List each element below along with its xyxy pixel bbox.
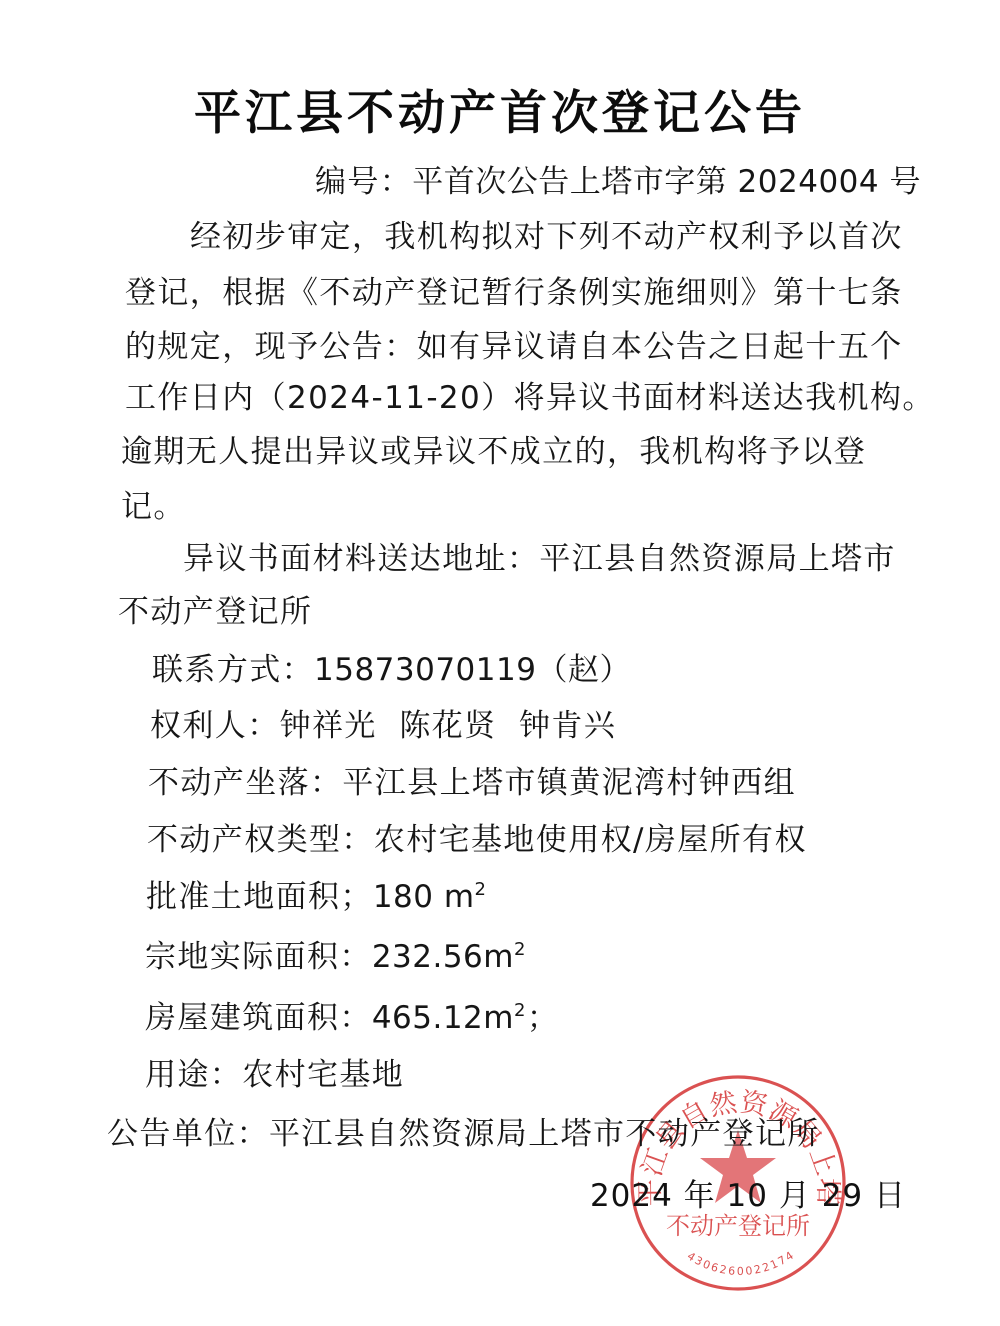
issuer-value: 平江县自然资源局上塔市不动产登记所 — [269, 1116, 820, 1152]
announcement-page: 平江县不动产首次登记公告 编号：平首次公告上塔市字第 2024004 号 经初步… — [0, 0, 1000, 1326]
body-line-3: 的规定，现予公告：如有异议请自本公告之日起十五个 — [125, 327, 903, 367]
superscript-2: 2 — [514, 1000, 527, 1021]
superscript-2: 2 — [475, 879, 488, 900]
field-actual-parcel-area-value: 232.56m — [372, 939, 514, 975]
svg-text:4306260022174: 4306260022174 — [685, 1248, 798, 1278]
field-contact: 联系方式：15873070119（赵） — [152, 650, 631, 690]
document-title: 平江县不动产首次登记公告 — [0, 82, 1000, 146]
field-right-type-label: 不动产权类型： — [147, 822, 374, 858]
body-line-6: 记。 — [121, 487, 186, 527]
address-line-2: 不动产登记所 — [118, 592, 312, 632]
field-contact-value: 15873070119（赵） — [314, 652, 631, 688]
body-line-1: 经初步审定，我机构拟对下列不动产权利予以首次 — [190, 217, 903, 257]
field-building-area-label: 房屋建筑面积： — [145, 1000, 372, 1036]
field-usage-value: 农村宅基地 — [242, 1057, 404, 1093]
field-building-area-value: 465.12m — [372, 1000, 514, 1036]
seal-code: 4306260022174 — [685, 1248, 798, 1278]
field-usage-label: 用途： — [145, 1057, 242, 1093]
body-line-5: 逾期无人提出异议或异议不成立的，我机构将予以登 — [121, 432, 866, 472]
field-right-holders-label: 权利人： — [150, 708, 280, 744]
field-right-type-value: 农村宅基地使用权/房屋所有权 — [374, 822, 807, 858]
issuer-label: 公告单位： — [107, 1116, 269, 1152]
field-location-value: 平江县上塔市镇黄泥湾村钟西组 — [342, 765, 796, 801]
field-right-type: 不动产权类型：农村宅基地使用权/房屋所有权 — [147, 820, 807, 860]
announcement-date: 2024 年 10 月 29 日 — [590, 1176, 906, 1216]
issuer: 公告单位：平江县自然资源局上塔市不动产登记所 — [107, 1114, 820, 1154]
field-approved-land-area: 批准土地面积；180 m2 — [146, 877, 487, 917]
body-line-2: 登记，根据《不动产登记暂行条例实施细则》第十七条 — [125, 273, 903, 313]
field-actual-parcel-area: 宗地实际面积：232.56m2 — [145, 937, 527, 977]
body-line-4: 工作日内（2024-11-20）将异议书面材料送达我机构。 — [125, 378, 935, 418]
field-building-area-suffix: ； — [527, 1000, 559, 1036]
document-number-label: 编号： — [315, 164, 412, 200]
seal-center-text: 不动产登记所 — [666, 1212, 810, 1240]
field-approved-land-area-label: 批准土地面积； — [146, 879, 373, 915]
document-number-value: 平首次公告上塔市字第 2024004 号 — [412, 164, 921, 200]
document-number: 编号：平首次公告上塔市字第 2024004 号 — [315, 162, 921, 202]
field-usage: 用途：农村宅基地 — [145, 1055, 404, 1095]
field-location-label: 不动产坐落： — [148, 765, 342, 801]
field-right-holders: 权利人：钟祥光 陈花贤 钟肯兴 — [150, 706, 616, 746]
field-right-holders-value: 钟祥光 陈花贤 钟肯兴 — [280, 708, 617, 744]
field-contact-label: 联系方式： — [152, 652, 314, 688]
address-line-1: 异议书面材料送达地址：平江县自然资源局上塔市 — [183, 539, 896, 579]
superscript-2: 2 — [514, 939, 527, 960]
field-location: 不动产坐落：平江县上塔市镇黄泥湾村钟西组 — [148, 763, 796, 803]
field-actual-parcel-area-label: 宗地实际面积： — [145, 939, 372, 975]
field-approved-land-area-value: 180 m — [373, 879, 475, 915]
field-building-area: 房屋建筑面积：465.12m2； — [145, 998, 559, 1038]
